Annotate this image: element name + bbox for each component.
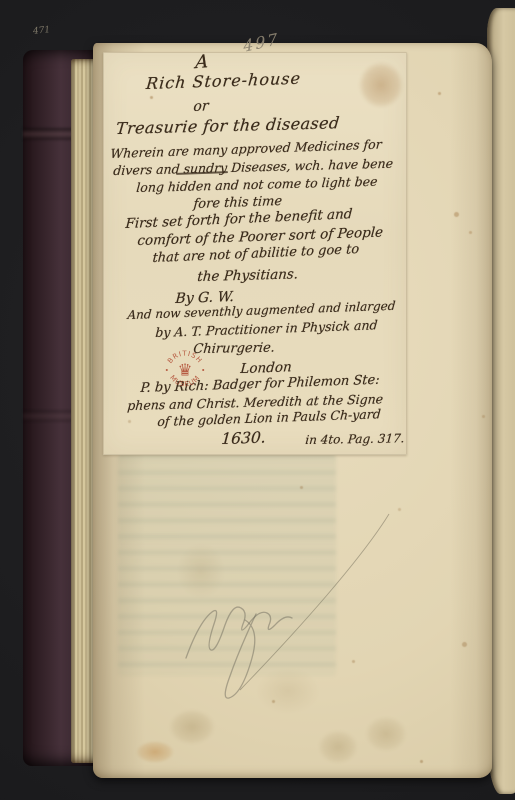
british-museum-stamp: BRITISH MUSEUM ♛ [161, 347, 209, 393]
manuscript-line: 1630. [221, 428, 267, 448]
crown-icon: ♛ [178, 361, 193, 380]
photo-background: 497 471 A Rich Store-house or Treasurie … [0, 0, 515, 800]
foxing-spots [0, 0, 3, 3]
manuscript-line: London [240, 359, 292, 377]
manuscript-line: A [195, 51, 209, 73]
stamp-dot [166, 369, 168, 371]
stamp-dot [202, 369, 204, 371]
manuscript-line: in 4to. Pag. 317. [305, 431, 405, 447]
manuscript-line: or [193, 98, 209, 115]
manuscript-line: the Physitians. [197, 266, 299, 285]
shelf-mark-pencil: 471 [33, 25, 51, 37]
print-showthrough [118, 454, 336, 676]
